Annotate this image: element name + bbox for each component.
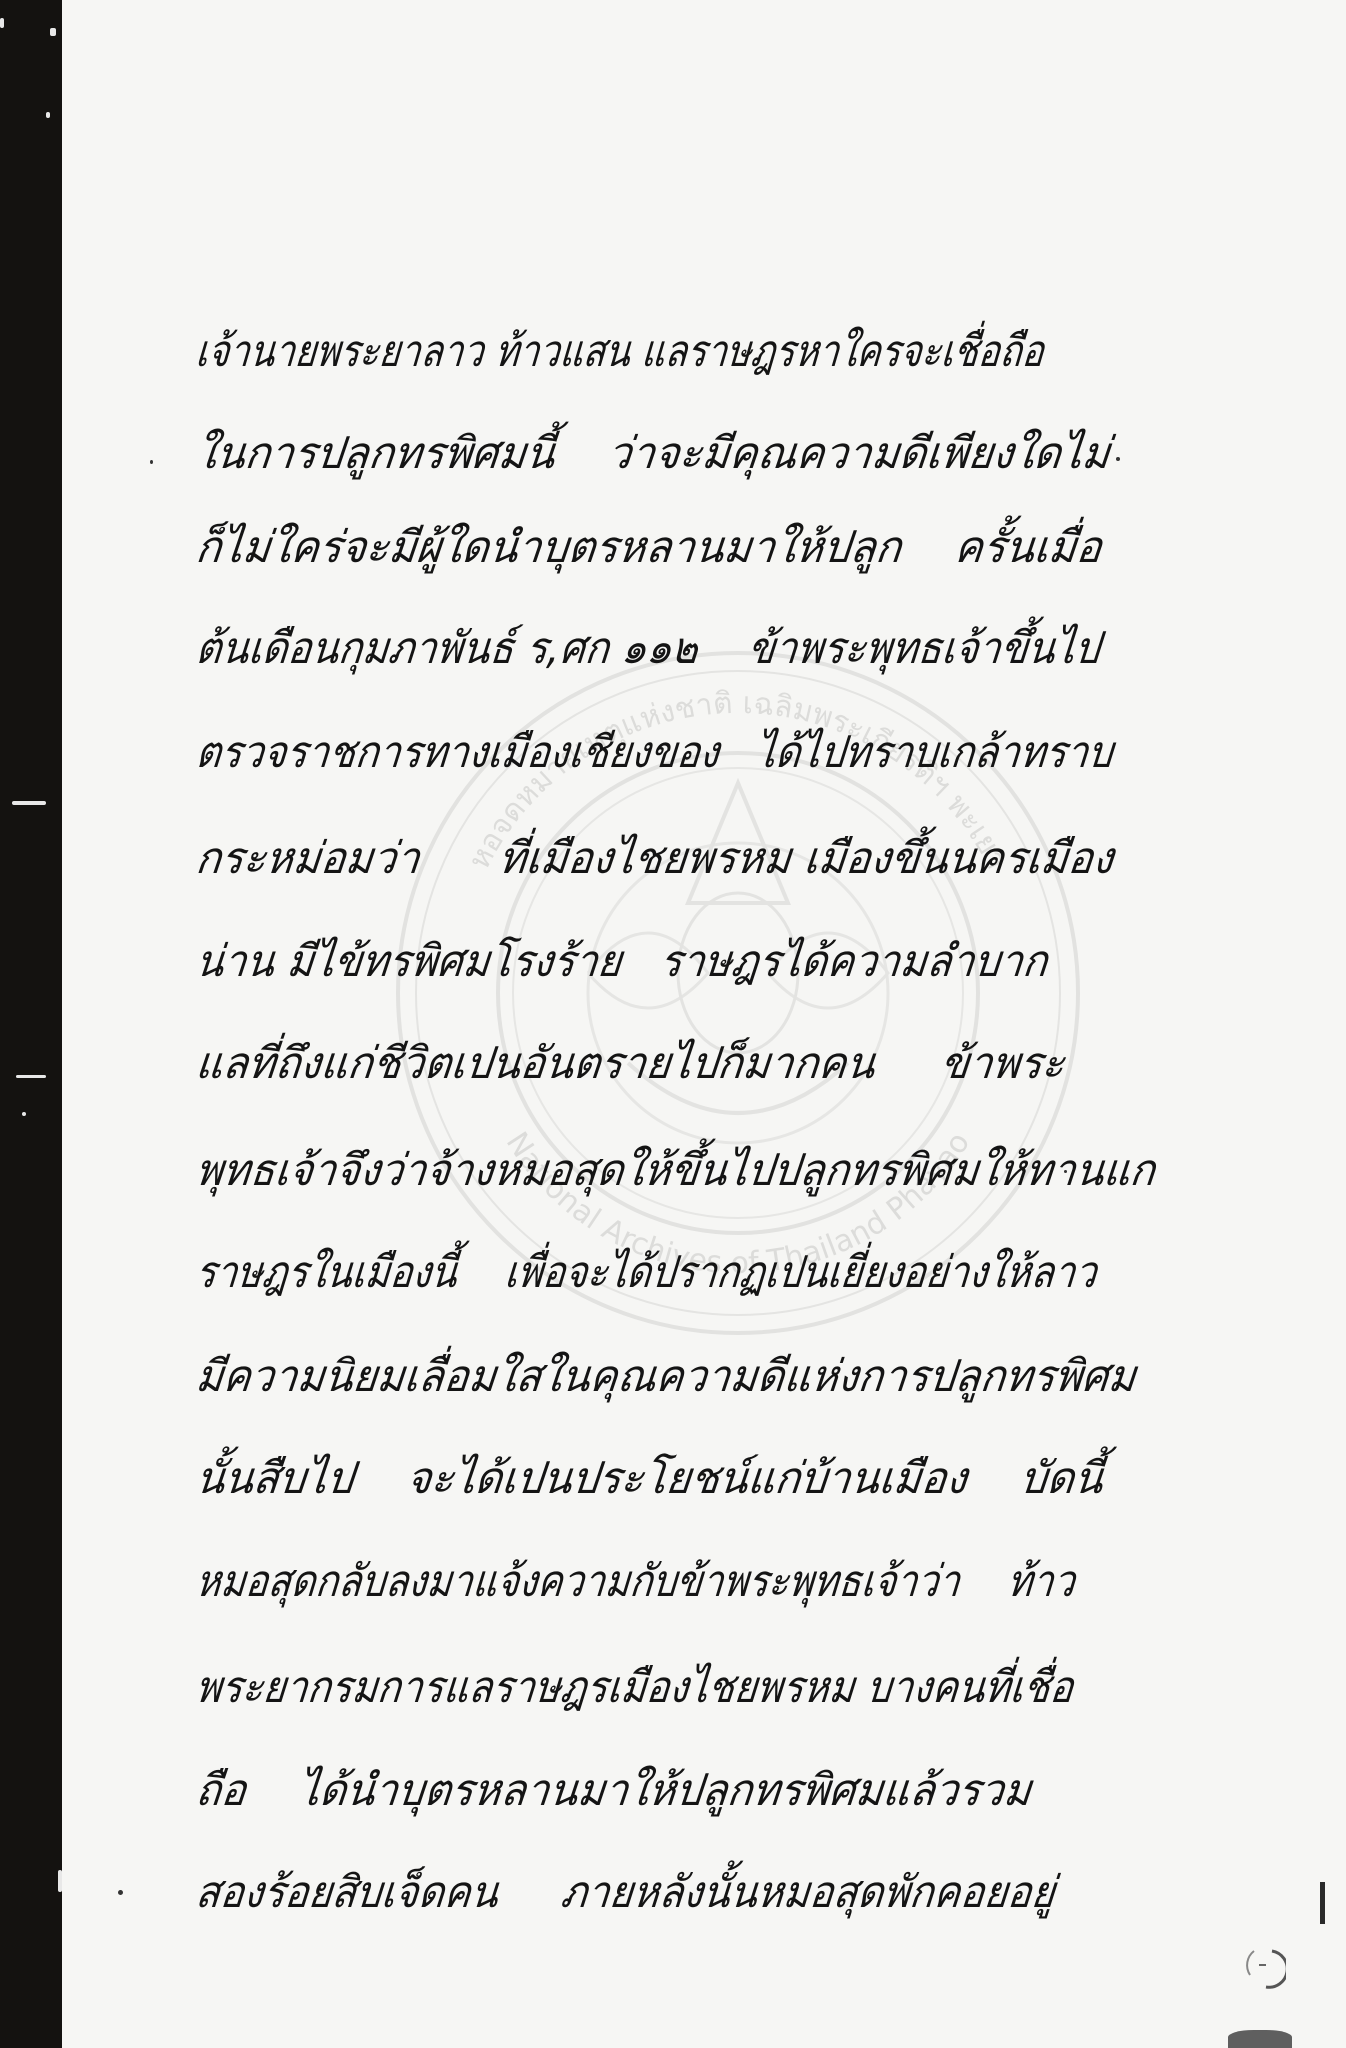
line-text: พระยากรมการแลราษฎรเมืองไชยพรหม บางคนที่เ… (193, 1656, 1076, 1720)
line-text: ก็ไม่ใคร่จะมีผู้ใดนำบุตรหลานมาให้ปลูก คร… (193, 516, 1105, 580)
line-text: สองร้อยสิบเจ็ดคน ภายหลังนั้นหมอสุดพักคอย… (193, 1861, 1058, 1925)
manuscript-line: ถือ ได้นำบุตรหลานมาให้ปลูกทรพิศมแล้วรวม (196, 1759, 1031, 1823)
line-text: เจ้านายพระยาลาว ท้าวแสน แลราษฎรหาใครจะเช… (193, 320, 1046, 384)
line-text: น่าน มีไข้ทรพิศมโรงร้าย ราษฎรได้ความลำบา… (193, 930, 1051, 994)
manuscript-line: แลที่ถึงแก่ชีวิตเปนอันตรายไปก็มากคน ข้าพ… (196, 1032, 1064, 1096)
manuscript-line: กระหม่อมว่า ที่เมืองไชยพรหม เมืองขึ้นนคร… (196, 827, 1113, 891)
page-number-mark (1240, 1945, 1286, 1991)
line-text: ในการปลูกทรพิศมนี้ ว่าจะมีคุณความดีเพียง… (193, 422, 1113, 486)
manuscript-line: ในการปลูกทรพิศมนี้ ว่าจะมีคุณความดีเพียง… (196, 422, 1110, 486)
manuscript-line: นั้นสืบไป จะได้เปนประโยชน์แก่บ้านเมือง บ… (196, 1447, 1103, 1511)
margin-ink-mark (1320, 1882, 1325, 1924)
line-text: พุทธเจ้าจึงว่าจ้างหมอสุดให้ขึ้นไปปลูกทรพ… (193, 1139, 1158, 1203)
manuscript-body: เจ้านายพระยาลาว ท้าวแสน แลราษฎรหาใครจะเช… (0, 0, 1346, 2048)
line-text: ถือ ได้นำบุตรหลานมาให้ปลูกทรพิศมแล้วรวม (193, 1759, 1034, 1823)
line-text: กระหม่อมว่า ที่เมืองไชยพรหม เมืองขึ้นนคร… (193, 827, 1117, 891)
line-text: ตรวจราชการทางเมืองเชียงของ ได้ไปทราบเกล้… (193, 721, 1116, 785)
manuscript-line: ต้นเดือนกุมภาพันธ์ ร,ศก ๑๑๒ ข้าพระพุทธเจ… (196, 617, 1100, 681)
bottom-ink-smudge (1228, 2030, 1292, 2048)
manuscript-line: มีความนิยมเลื่อมใสในคุณความดีแห่งการปลูก… (196, 1345, 1136, 1409)
manuscript-line: สองร้อยสิบเจ็ดคน ภายหลังนั้นหมอสุดพักคอย… (196, 1861, 1055, 1925)
line-text: นั้นสืบไป จะได้เปนประโยชน์แก่บ้านเมือง บ… (193, 1447, 1106, 1511)
manuscript-line: พระยากรมการแลราษฎรเมืองไชยพรหม บางคนที่เ… (196, 1656, 1073, 1720)
line-text: ราษฎรในเมืองนี้ เพื่อจะได้ปรากฏเปนเยี่ยง… (193, 1241, 1099, 1305)
manuscript-line: พุทธเจ้าจึงว่าจ้างหมอสุดให้ขึ้นไปปลูกทรพ… (196, 1139, 1155, 1203)
manuscript-line: หมอสุดกลับลงมาแจ้งความกับข้าพระพุทธเจ้าว… (196, 1550, 1075, 1614)
manuscript-line: น่าน มีไข้ทรพิศมโรงร้าย ราษฎรได้ความลำบา… (196, 930, 1047, 994)
manuscript-line: เจ้านายพระยาลาว ท้าวแสน แลราษฎรหาใครจะเช… (196, 320, 1044, 384)
line-text: แลที่ถึงแก่ชีวิตเปนอันตรายไปก็มากคน ข้าพ… (193, 1032, 1068, 1096)
line-text: มีความนิยมเลื่อมใสในคุณความดีแห่งการปลูก… (193, 1345, 1139, 1409)
line-text: ต้นเดือนกุมภาพันธ์ ร,ศก ๑๑๒ ข้าพระพุทธเจ… (193, 617, 1103, 681)
manuscript-line: ก็ไม่ใคร่จะมีผู้ใดนำบุตรหลานมาให้ปลูก คร… (196, 516, 1102, 580)
line-text: หมอสุดกลับลงมาแจ้งความกับข้าพระพุทธเจ้าว… (193, 1550, 1078, 1614)
manuscript-line: ตรวจราชการทางเมืองเชียงของ ได้ไปทราบเกล้… (196, 721, 1113, 785)
manuscript-line: ราษฎรในเมืองนี้ เพื่อจะได้ปรากฏเปนเยี่ยง… (196, 1241, 1097, 1305)
